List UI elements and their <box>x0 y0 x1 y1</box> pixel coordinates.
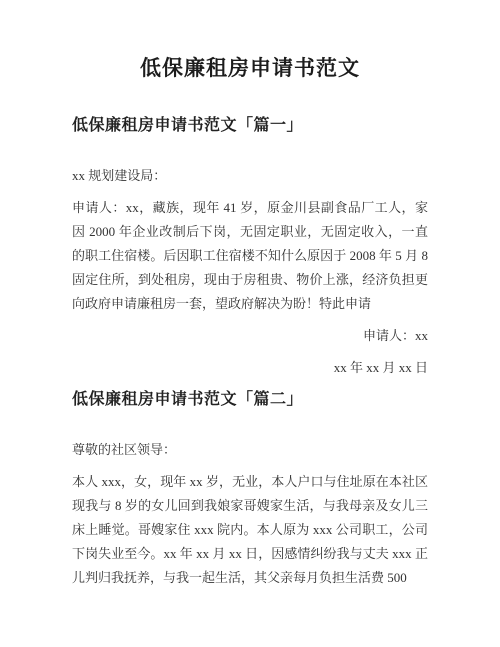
document-title: 低保廉租房申请书范文 <box>72 52 428 84</box>
paragraph: xx 规划建设局： <box>72 164 428 188</box>
paragraph: 本人 xxx，女，现年 xx 岁，无业，本人户口与住址原在本社区 xxx 公司，… <box>72 470 428 590</box>
document-section: 低保廉租房申请书范文「篇二」尊敬的社区领导：本人 xxx，女，现年 xx 岁，无… <box>72 388 428 590</box>
text-line: 申请人：xx <box>72 324 428 348</box>
text-line: 因 2000 年企业改制后下岗，无固定职业，无固定收入，一直住在副食品厂 <box>72 220 428 244</box>
text-line: 现我与 8 岁的女儿回到我娘家哥嫂家生活，与我母亲及女儿三人挤在同一张 <box>72 494 428 518</box>
section-heading: 低保廉租房申请书范文「篇二」 <box>72 388 428 412</box>
text-line: 固定住所，到处租房，现由于房租贵、物价上涨，经济负担更加严重。故特 <box>72 268 428 292</box>
text-line: 下岗失业至今。xx 年 xx 月 xx 日，因感情纠纷我与丈夫 xxx 正式离婚… <box>72 542 428 566</box>
text-line: 尊敬的社区领导： <box>72 438 428 462</box>
section-heading: 低保廉租房申请书范文「篇一」 <box>72 114 428 138</box>
text-line: 的职工住宿楼。后因职工住宿楼不知什么原因于 2008 年 5 月 8 日折迁，无 <box>72 244 428 268</box>
text-line: xx 年 xx 月 xx 日 <box>72 356 428 380</box>
paragraph: 申请人：xx <box>72 324 428 348</box>
text-line: 本人 xxx，女，现年 xx 岁，无业，本人户口与住址原在本社区 xxx 公司， <box>72 470 428 494</box>
document-body: 低保廉租房申请书范文「篇一」xx 规划建设局：申请人：xx，藏族，现年 41 岁… <box>72 114 428 590</box>
text-line: xx 规划建设局： <box>72 164 428 188</box>
document-page: 低保廉租房申请书范文 低保廉租房申请书范文「篇一」xx 规划建设局：申请人：xx… <box>0 0 500 647</box>
text-line: 向政府申请廉租房一套，望政府解决为盼！特此申请 <box>72 292 428 316</box>
paragraph: xx 年 xx 月 xx 日 <box>72 356 428 380</box>
paragraph: 申请人：xx，藏族，现年 41 岁，原金川县副食品厂工人，家庭人口 4 人。因 … <box>72 196 428 316</box>
paragraph: 尊敬的社区领导： <box>72 438 428 462</box>
text-line: 床上睡觉。哥嫂家住 xxx 院内。本人原为 xxx 公司职工，公司破产改制后我 <box>72 518 428 542</box>
text-line: 儿判归我抚养，与我一起生活，其父亲每月负担生活费 500 元；我与丈夫原 <box>72 566 428 590</box>
document-section: 低保廉租房申请书范文「篇一」xx 规划建设局：申请人：xx，藏族，现年 41 岁… <box>72 114 428 380</box>
text-line: 申请人：xx，藏族，现年 41 岁，原金川县副食品厂工人，家庭人口 4 人。 <box>72 196 428 220</box>
